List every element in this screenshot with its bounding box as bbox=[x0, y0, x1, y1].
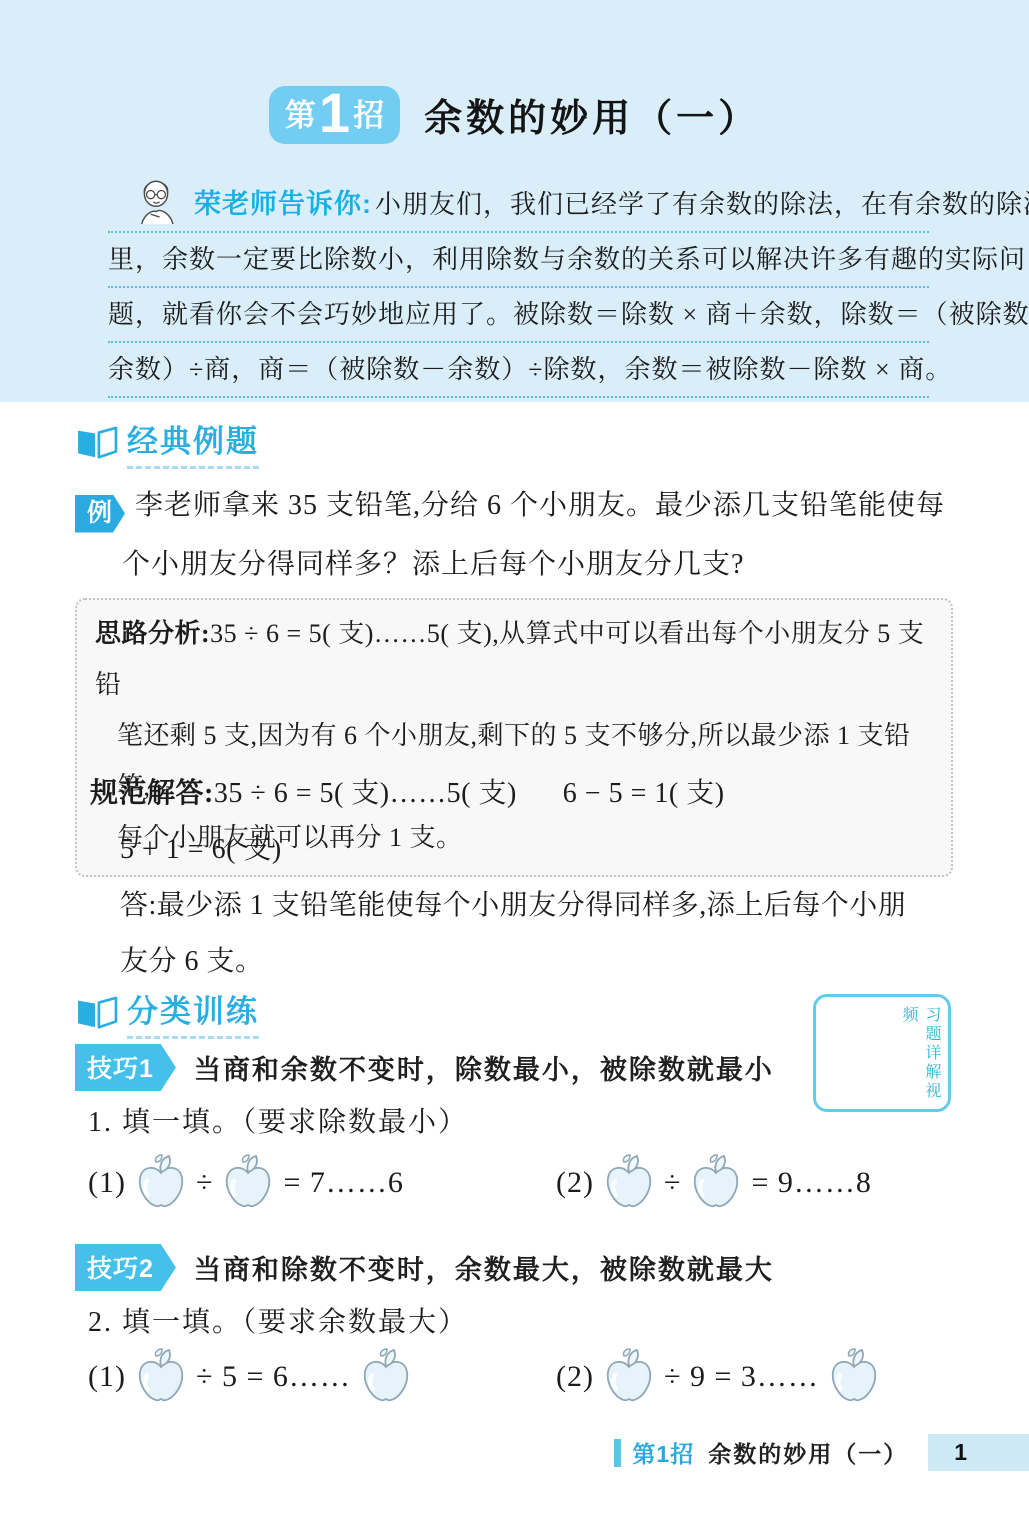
exercise-1-item-1: (1) ÷ = 7……6 bbox=[88, 1154, 404, 1212]
solution-eq1: 35 ÷ 6 = 5( 支)……5( 支) bbox=[214, 778, 517, 809]
apple-blank-icon bbox=[688, 1154, 744, 1212]
item-result: = 7……6 bbox=[283, 1166, 403, 1200]
apple-blank-icon bbox=[133, 1348, 189, 1406]
item-label: (2) bbox=[556, 1360, 594, 1394]
section-heading-training: 分类训练 bbox=[75, 986, 259, 1039]
apple-blank-icon bbox=[601, 1348, 657, 1406]
exercise-1-title: 1. 填一填。（要求除数最小） bbox=[88, 1100, 468, 1140]
tip-1-text: 当商和余数不变时，除数最小，被除数就最小 bbox=[194, 1048, 774, 1087]
open-book-icon bbox=[75, 425, 119, 461]
exercise-1-item-2: (2) ÷ = 9……8 bbox=[556, 1154, 872, 1212]
apple-blank-icon bbox=[358, 1348, 414, 1406]
solution-block: 规范解答:35 ÷ 6 = 5( 支)……5( 支)6 − 5 = 1( 支) … bbox=[90, 766, 960, 990]
item-label: (1) bbox=[88, 1360, 126, 1394]
workbook-page: 第 1 招 余数的妙用（一） 荣老师告诉你:小朋友们，我们已经学了有余数的除法，… bbox=[0, 0, 1029, 1527]
teacher-tip-text: 小朋友们，我们已经学了有余数的除法，在有余数的除法 bbox=[375, 190, 1029, 219]
section-heading-label: 分类训练 bbox=[127, 986, 259, 1039]
apple-blank-icon bbox=[826, 1348, 882, 1406]
apple-blank-icon bbox=[601, 1154, 657, 1212]
footer-title: 余数的妙用（一） bbox=[708, 1436, 908, 1469]
solution-eq3: 5 + 1 = 6( 支) bbox=[90, 822, 960, 878]
chapter-title-row: 第 1 招 余数的妙用（一） bbox=[0, 86, 1029, 144]
solution-answer-line1: 答:最少添 1 支铅笔能使每个小朋友分得同样多,添上后每个小朋 bbox=[90, 878, 960, 934]
problem-text-line1: 李老师拿来 35 支铅笔,分给 6 个小朋友。最少添几支铅笔能使每 bbox=[135, 490, 945, 521]
page-footer: 第1招 余数的妙用（一） 1 bbox=[614, 1434, 1029, 1471]
exercise-2-title: 2. 填一填。（要求余数最大） bbox=[88, 1300, 468, 1340]
solution-answer-line2: 友分 6 支。 bbox=[90, 934, 960, 990]
video-box-label: 习题详解视频 bbox=[897, 1006, 943, 1109]
chapter-badge-suffix: 招 bbox=[353, 100, 384, 136]
exercise-2-item-2: (2) ÷ 9 = 3…… bbox=[556, 1348, 889, 1406]
item-expression: ÷ 5 = 6…… bbox=[196, 1360, 351, 1394]
footer-accent-bar bbox=[614, 1439, 621, 1467]
section-heading-classic-example: 经典例题 bbox=[75, 416, 259, 469]
open-book-icon bbox=[75, 995, 119, 1031]
tip-2-badge: 技巧2 bbox=[75, 1244, 176, 1291]
header-panel: 第 1 招 余数的妙用（一） 荣老师告诉你:小朋友们，我们已经学了有余数的除法，… bbox=[0, 0, 1029, 402]
apple-blank-icon bbox=[220, 1154, 276, 1212]
tip-1-badge: 技巧1 bbox=[75, 1044, 176, 1091]
teacher-tip-line: 题，就看你会不会巧妙地应用了。被除数＝除数 × 商＋余数，除数＝（被除数－ bbox=[108, 288, 929, 343]
teacher-tip: 荣老师告诉你:小朋友们，我们已经学了有余数的除法，在有余数的除法 里，余数一定要… bbox=[108, 178, 929, 398]
exercise-2-item-1: (1) ÷ 5 = 6…… bbox=[88, 1348, 421, 1406]
apple-blank-icon bbox=[133, 1154, 189, 1212]
analysis-label: 思路分析: bbox=[95, 619, 210, 648]
teacher-tip-line: 里，余数一定要比除数小，利用除数与余数的关系可以解决许多有趣的实际问 bbox=[108, 233, 929, 288]
page-title: 余数的妙用（一） bbox=[424, 87, 760, 142]
chapter-badge: 第 1 招 bbox=[269, 86, 400, 144]
tip-2-row: 技巧2 当商和除数不变时，余数最大，被除数就最大 bbox=[75, 1244, 774, 1291]
solution-eq2: 6 − 5 = 1( 支) bbox=[563, 778, 725, 809]
analysis-text-1: 35 ÷ 6 = 5( 支)……5( 支),从算式中可以看出每个小朋友分 5 支… bbox=[95, 619, 924, 699]
teacher-tip-label: 荣老师告诉你: bbox=[194, 189, 372, 219]
video-qr-box: 习题详解视频 bbox=[813, 994, 951, 1112]
problem-text-line2: 个小朋友分得同样多？添上后每个小朋友分几支? bbox=[75, 549, 744, 580]
item-result: = 9……8 bbox=[751, 1166, 871, 1200]
item-label: (2) bbox=[556, 1166, 594, 1200]
teacher-tip-line: 荣老师告诉你:小朋友们，我们已经学了有余数的除法，在有余数的除法 bbox=[108, 178, 929, 233]
item-operator: ÷ bbox=[196, 1166, 213, 1200]
teacher-avatar-icon bbox=[132, 175, 180, 225]
example-problem: 例李老师拿来 35 支铅笔,分给 6 个小朋友。最少添几支铅笔能使每 个小朋友分… bbox=[75, 476, 970, 594]
chapter-badge-number: 1 bbox=[319, 90, 350, 136]
item-operator: ÷ bbox=[664, 1166, 681, 1200]
solution-label: 规范解答: bbox=[90, 778, 214, 809]
tip-1-row: 技巧1 当商和余数不变时，除数最小，被除数就最小 bbox=[75, 1044, 774, 1091]
chapter-badge-prefix: 第 bbox=[285, 100, 316, 136]
tip-2-text: 当商和除数不变时，余数最大，被除数就最大 bbox=[194, 1248, 774, 1287]
footer-chapter-label: 第1招 bbox=[632, 1436, 694, 1469]
analysis-line-1: 思路分析:35 ÷ 6 = 5( 支)……5( 支),从算式中可以看出每个小朋友… bbox=[95, 608, 931, 710]
teacher-tip-line: 余数）÷商，商＝（被除数－余数）÷除数，余数＝被除数－除数 × 商。 bbox=[108, 343, 929, 398]
footer-page-number: 1 bbox=[928, 1434, 1029, 1471]
item-label: (1) bbox=[88, 1166, 126, 1200]
section-heading-label: 经典例题 bbox=[127, 416, 259, 469]
solution-line-1: 规范解答:35 ÷ 6 = 5( 支)……5( 支)6 − 5 = 1( 支) bbox=[90, 766, 960, 822]
item-expression: ÷ 9 = 3…… bbox=[664, 1360, 819, 1394]
example-badge: 例 bbox=[75, 495, 125, 533]
